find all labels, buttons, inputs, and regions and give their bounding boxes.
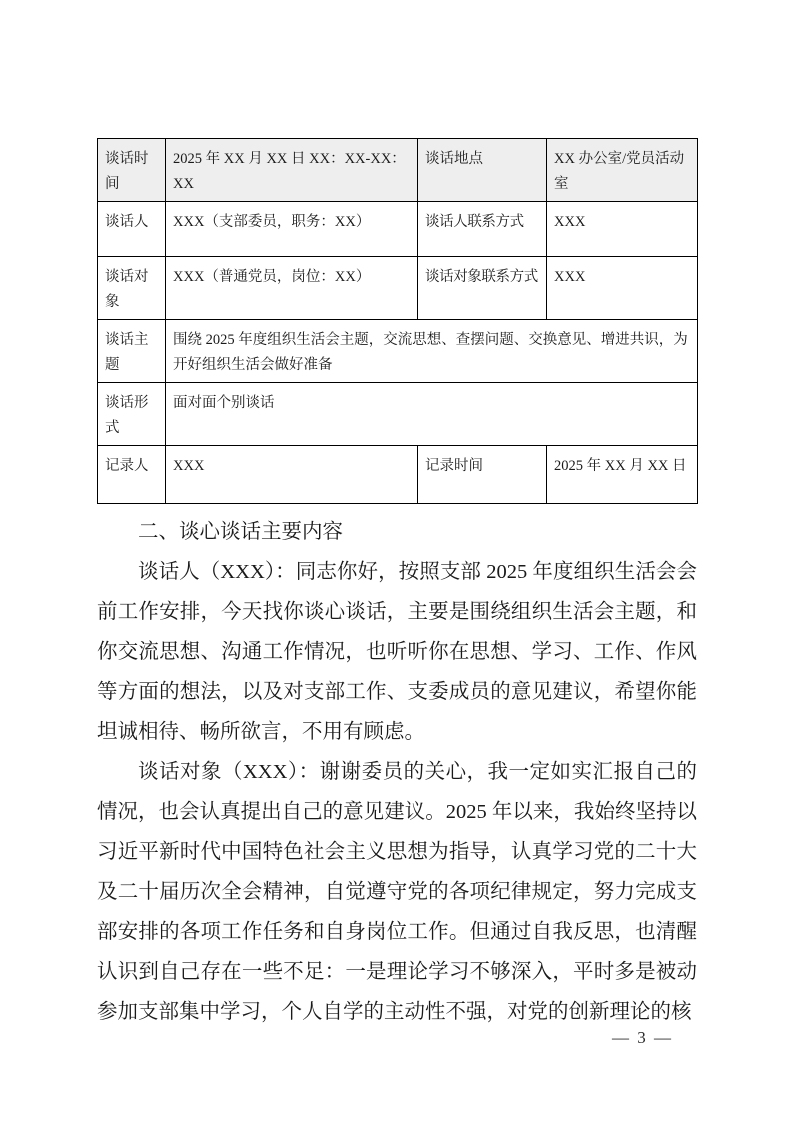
value-talk-topic: 围绕 2025 年度组织生活会主题，交流思想、查摆问题、交换意见、增进共识，为开… bbox=[166, 320, 698, 383]
label-recorder: 记录人 bbox=[98, 446, 166, 504]
talk-record-info-table: 谈话时间 2025 年 XX 月 XX 日 XX：XX-XX：XX 谈话地点 X… bbox=[97, 138, 698, 504]
document-page: 谈话时间 2025 年 XX 月 XX 日 XX：XX-XX：XX 谈话地点 X… bbox=[0, 0, 793, 1122]
paragraph-interviewer-speech: 谈话人（XXX）：同志你好，按照支部 2025 年度组织生活会会前工作安排，今天… bbox=[97, 552, 697, 752]
table-row-interviewee: 谈话对象 XXX（普通党员，岗位：XX） 谈话对象联系方式 XXX bbox=[98, 257, 698, 320]
section-heading: 二、谈心谈话主要内容 bbox=[97, 512, 697, 552]
value-interviewer-contact: XXX bbox=[547, 202, 698, 257]
paragraph-interviewee-speech: 谈话对象（XXX）：谢谢委员的关心，我一定如实汇报自己的情况，也会认真提出自己的… bbox=[97, 752, 697, 1032]
value-interviewee: XXX（普通党员，岗位：XX） bbox=[166, 257, 418, 320]
label-interviewee-contact: 谈话对象联系方式 bbox=[418, 257, 547, 320]
label-talk-time: 谈话时间 bbox=[98, 139, 166, 202]
table-row-talk-topic: 谈话主题 围绕 2025 年度组织生活会主题，交流思想、查摆问题、交换意见、增进… bbox=[98, 320, 698, 383]
label-interviewer: 谈话人 bbox=[98, 202, 166, 257]
label-interviewer-contact: 谈话人联系方式 bbox=[418, 202, 547, 257]
table-row-interviewer: 谈话人 XXX（支部委员，职务：XX） 谈话人联系方式 XXX bbox=[98, 202, 698, 257]
value-interviewee-contact: XXX bbox=[547, 257, 698, 320]
label-interviewee: 谈话对象 bbox=[98, 257, 166, 320]
value-interviewer: XXX（支部委员，职务：XX） bbox=[166, 202, 418, 257]
label-talk-form: 谈话形式 bbox=[98, 383, 166, 446]
page-number: — 3 — bbox=[0, 1028, 793, 1048]
value-talk-form: 面对面个别谈话 bbox=[166, 383, 698, 446]
table-row-talk-time: 谈话时间 2025 年 XX 月 XX 日 XX：XX-XX：XX 谈话地点 X… bbox=[98, 139, 698, 202]
label-record-time: 记录时间 bbox=[418, 446, 547, 504]
table-row-recorder: 记录人 XXX 记录时间 2025 年 XX 月 XX 日 bbox=[98, 446, 698, 504]
value-recorder: XXX bbox=[166, 446, 418, 504]
value-talk-time: 2025 年 XX 月 XX 日 XX：XX-XX：XX bbox=[166, 139, 418, 202]
label-talk-place: 谈话地点 bbox=[418, 139, 547, 202]
table-row-talk-form: 谈话形式 面对面个别谈话 bbox=[98, 383, 698, 446]
label-talk-topic: 谈话主题 bbox=[98, 320, 166, 383]
value-talk-place: XX 办公室/党员活动室 bbox=[547, 139, 698, 202]
value-record-time: 2025 年 XX 月 XX 日 bbox=[547, 446, 698, 504]
